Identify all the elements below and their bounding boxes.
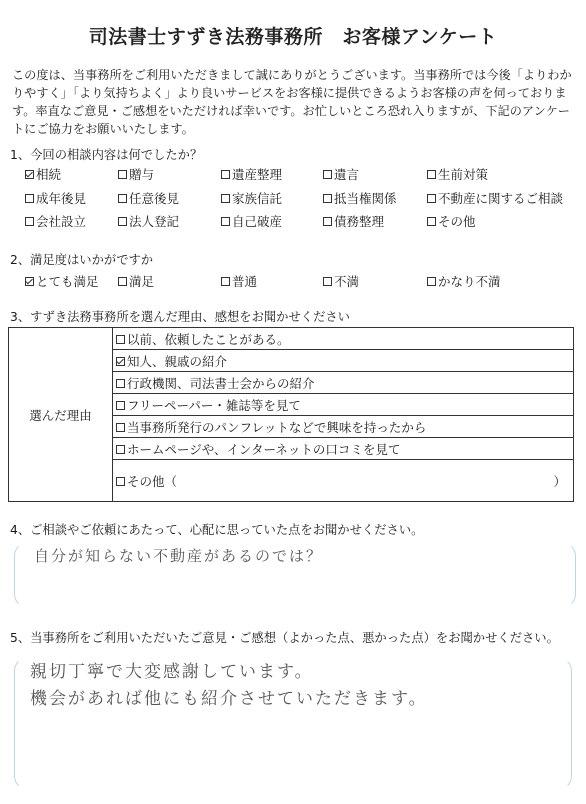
option-fudousan[interactable]: 不動産に関するご相談 bbox=[427, 189, 563, 207]
checkbox-icon[interactable] bbox=[116, 335, 125, 344]
option-futsuu[interactable]: 普通 bbox=[221, 272, 257, 290]
question-5-label: 5、当事務所をご利用いただいたご意見・ご感想（よかった点、悪かった点）をお聞かせ… bbox=[10, 628, 559, 646]
checkbox-icon[interactable] bbox=[221, 277, 230, 286]
reason-option-referral[interactable]: 知人、親戚の紹介 bbox=[113, 350, 574, 372]
reason-option-other[interactable]: その他（） bbox=[113, 460, 574, 502]
checkbox-icon[interactable] bbox=[323, 217, 332, 226]
option-manzoku[interactable]: 満足 bbox=[118, 272, 154, 290]
checkbox-icon[interactable] bbox=[427, 217, 436, 226]
checkbox-icon[interactable] bbox=[118, 170, 127, 179]
checkbox-icon[interactable] bbox=[118, 217, 127, 226]
reason-option-magazine[interactable]: フリーペーパー・雑誌等を見て bbox=[113, 394, 574, 416]
option-nini-kouken[interactable]: 任意後見 bbox=[118, 189, 179, 207]
option-yuigon[interactable]: 遺言 bbox=[323, 165, 359, 183]
reason-option-pamphlet[interactable]: 当事務所発行のパンフレットなどで興味を持ったから bbox=[113, 416, 574, 438]
checkbox-icon[interactable] bbox=[116, 401, 125, 410]
checkbox-icon[interactable] bbox=[221, 217, 230, 226]
reason-option-previous[interactable]: 以前、依頼したことがある。 bbox=[113, 328, 574, 350]
option-totemo-manzoku[interactable]: とても満足 bbox=[25, 272, 99, 290]
checkbox-icon[interactable] bbox=[25, 194, 34, 203]
checkbox-icon[interactable] bbox=[323, 194, 332, 203]
option-teitouken[interactable]: 抵当権関係 bbox=[323, 189, 397, 207]
checkbox-icon[interactable] bbox=[116, 477, 125, 486]
checkbox-icon[interactable] bbox=[118, 194, 127, 203]
option-isan-seiri[interactable]: 遺産整理 bbox=[221, 165, 282, 183]
option-kanari-fuman[interactable]: かなり不満 bbox=[427, 272, 501, 290]
answer-5-line-1: 親切丁寧で大変感謝しています。 bbox=[30, 657, 314, 682]
option-jiko-hasan[interactable]: 自己破産 bbox=[221, 212, 282, 230]
option-seinen-kouken[interactable]: 成年後見 bbox=[25, 189, 86, 207]
checkbox-icon[interactable] bbox=[427, 170, 436, 179]
question-3-label: 3、すずき法務事務所を選んだ理由、感想をお聞かせください bbox=[10, 307, 350, 325]
checkbox-icon[interactable] bbox=[323, 277, 332, 286]
checkbox-checked-icon[interactable] bbox=[116, 357, 125, 366]
checkbox-checked-icon[interactable] bbox=[25, 170, 34, 179]
checkbox-icon[interactable] bbox=[323, 170, 332, 179]
question-2-label: 2、満足度はいかがですか bbox=[10, 250, 153, 268]
question-4-label: 4、ご相談やご依頼にあたって、心配に思っていた点をお聞かせください。 bbox=[10, 520, 423, 538]
page-title: 司法書士すずき法務事務所 お客様アンケート bbox=[0, 22, 586, 49]
checkbox-checked-icon[interactable] bbox=[25, 277, 34, 286]
reasons-table: 選んだ理由 以前、依頼したことがある。 知人、親戚の紹介 行政機関、司法書士会か… bbox=[8, 327, 574, 502]
option-saimu-seiri[interactable]: 債務整理 bbox=[323, 212, 384, 230]
option-kazoku-shintaku[interactable]: 家族信託 bbox=[221, 189, 282, 207]
option-fuman[interactable]: 不満 bbox=[323, 272, 359, 290]
question-1-label: 1、今回の相談内容は何でしたか？ bbox=[10, 145, 202, 163]
checkbox-icon[interactable] bbox=[118, 277, 127, 286]
checkbox-icon[interactable] bbox=[221, 194, 230, 203]
other-close-paren: ） bbox=[553, 472, 566, 490]
option-zouyo[interactable]: 贈与 bbox=[118, 165, 154, 183]
checkbox-icon[interactable] bbox=[116, 445, 125, 454]
answer-4-handwriting: 自分が知らない不動産があるのでは？ bbox=[34, 545, 323, 566]
intro-text: この度は、当事務所をご利用いただきまして誠にありがとうございます。当事務所では今… bbox=[12, 66, 582, 138]
reason-option-website[interactable]: ホームページや、インターネットの口コミを見て bbox=[113, 438, 574, 460]
option-seizen-taisaku[interactable]: 生前対策 bbox=[427, 165, 488, 183]
answer-5-line-2: 機会があれば他にも紹介させていただきます。 bbox=[30, 684, 428, 709]
checkbox-icon[interactable] bbox=[221, 170, 230, 179]
reason-option-agency[interactable]: 行政機関、司法書士会からの紹介 bbox=[113, 372, 574, 394]
checkbox-icon[interactable] bbox=[427, 277, 436, 286]
checkbox-icon[interactable] bbox=[427, 194, 436, 203]
checkbox-icon[interactable] bbox=[116, 423, 125, 432]
option-kaisha-setsuritsu[interactable]: 会社設立 bbox=[25, 212, 86, 230]
checkbox-icon[interactable] bbox=[25, 217, 34, 226]
checkbox-icon[interactable] bbox=[116, 379, 125, 388]
option-sonota[interactable]: その他 bbox=[427, 212, 476, 230]
option-souzoku[interactable]: 相続 bbox=[25, 165, 61, 183]
option-houjin-touki[interactable]: 法人登記 bbox=[118, 212, 179, 230]
reasons-row-label: 選んだ理由 bbox=[9, 328, 113, 502]
